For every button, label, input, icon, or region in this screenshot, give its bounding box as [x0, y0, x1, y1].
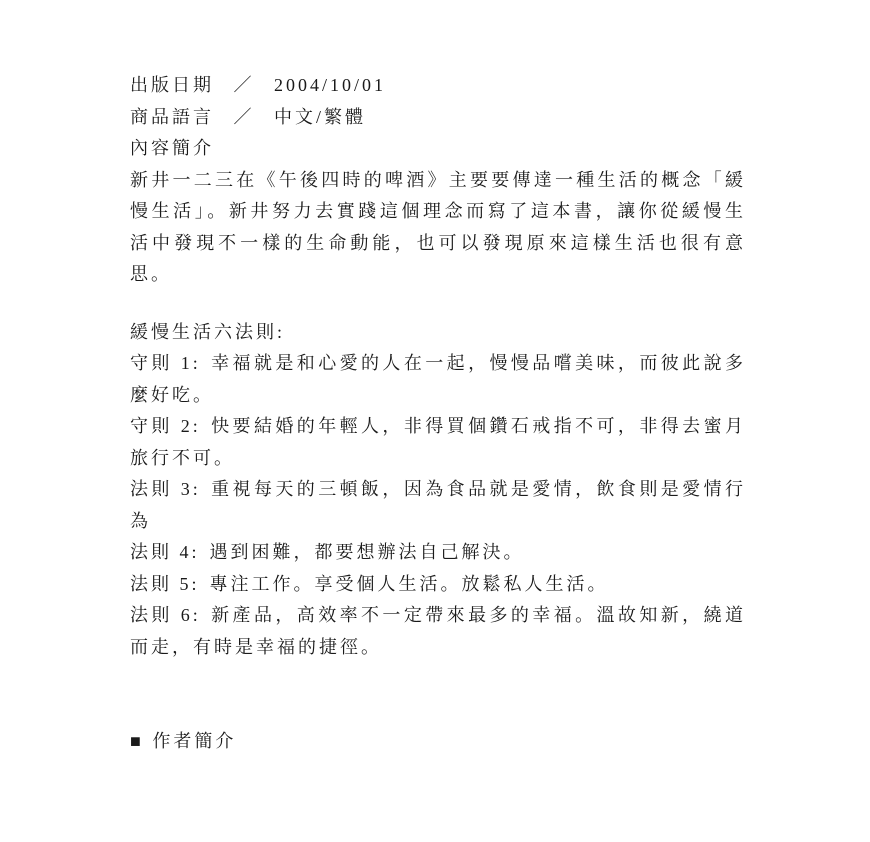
- rule-text: 重視每天的三頓飯，因為食品就是愛情，飲食則是愛情行為: [130, 479, 746, 531]
- author-heading-label: 作者簡介: [152, 731, 236, 751]
- section-marker-icon: ■: [130, 726, 141, 758]
- rules-heading: 緩慢生活六法則:: [130, 317, 746, 349]
- intro-paragraph: 新井一二三在《午後四時的啤酒》主要要傳達一種生活的概念「緩慢生活」。新井努力去實…: [130, 165, 746, 291]
- language-label: 商品語言: [130, 107, 214, 127]
- rule-label: 法則 4:: [130, 542, 200, 562]
- rule-item-4: 法則 4:遇到困難，都要想辦法自己解決。: [130, 537, 746, 569]
- rule-label: 法則 5:: [130, 574, 200, 594]
- book-description: 出版日期 ／ 2004/10/01 商品語言 ／ 中文/繁體 內容簡介 新井一二…: [130, 70, 746, 758]
- language-row: 商品語言 ／ 中文/繁體: [130, 102, 746, 134]
- rule-item-2: 守則 2:快要結婚的年輕人，非得買個鑽石戒指不可，非得去蜜月旅行不可。: [130, 411, 746, 474]
- publish-date-row: 出版日期 ／ 2004/10/01: [130, 70, 746, 102]
- document-page: 出版日期 ／ 2004/10/01 商品語言 ／ 中文/繁體 內容簡介 新井一二…: [0, 0, 870, 842]
- language-value: 中文/繁體: [274, 107, 366, 127]
- rule-item-6: 法則 6:新產品，高效率不一定帶來最多的幸福。溫故知新，繞道而走，有時是幸福的捷…: [130, 600, 746, 663]
- rules-list: 守則 1:幸福就是和心愛的人在一起，慢慢品嚐美味，而彼此說多麼好吃。守則 2:快…: [130, 348, 746, 663]
- rule-text: 幸福就是和心愛的人在一起，慢慢品嚐美味，而彼此說多麼好吃。: [130, 353, 746, 405]
- intro-heading: 內容簡介: [130, 133, 746, 165]
- language-separator: ／: [234, 107, 255, 127]
- rule-text: 專注工作。享受個人生活。放鬆私人生活。: [210, 574, 609, 594]
- rule-text: 新產品，高效率不一定帶來最多的幸福。溫故知新，繞道而走，有時是幸福的捷徑。: [130, 605, 746, 657]
- rule-item-1: 守則 1:幸福就是和心愛的人在一起，慢慢品嚐美味，而彼此說多麼好吃。: [130, 348, 746, 411]
- rule-item-3: 法則 3:重視每天的三頓飯，因為食品就是愛情，飲食則是愛情行為: [130, 474, 746, 537]
- rule-label: 法則 6:: [130, 605, 201, 625]
- publish-date-label: 出版日期: [130, 75, 214, 95]
- author-heading: ■ 作者簡介: [130, 726, 746, 758]
- rule-label: 守則 1:: [130, 353, 201, 373]
- rule-text: 快要結婚的年輕人，非得買個鑽石戒指不可，非得去蜜月旅行不可。: [130, 416, 746, 468]
- rule-label: 法則 3:: [130, 479, 201, 499]
- publish-date-value: 2004/10/01: [274, 75, 386, 95]
- publish-date-separator: ／: [234, 75, 255, 95]
- rule-item-5: 法則 5:專注工作。享受個人生活。放鬆私人生活。: [130, 569, 746, 601]
- rule-text: 遇到困難，都要想辦法自己解決。: [210, 542, 525, 562]
- rule-label: 守則 2:: [130, 416, 201, 436]
